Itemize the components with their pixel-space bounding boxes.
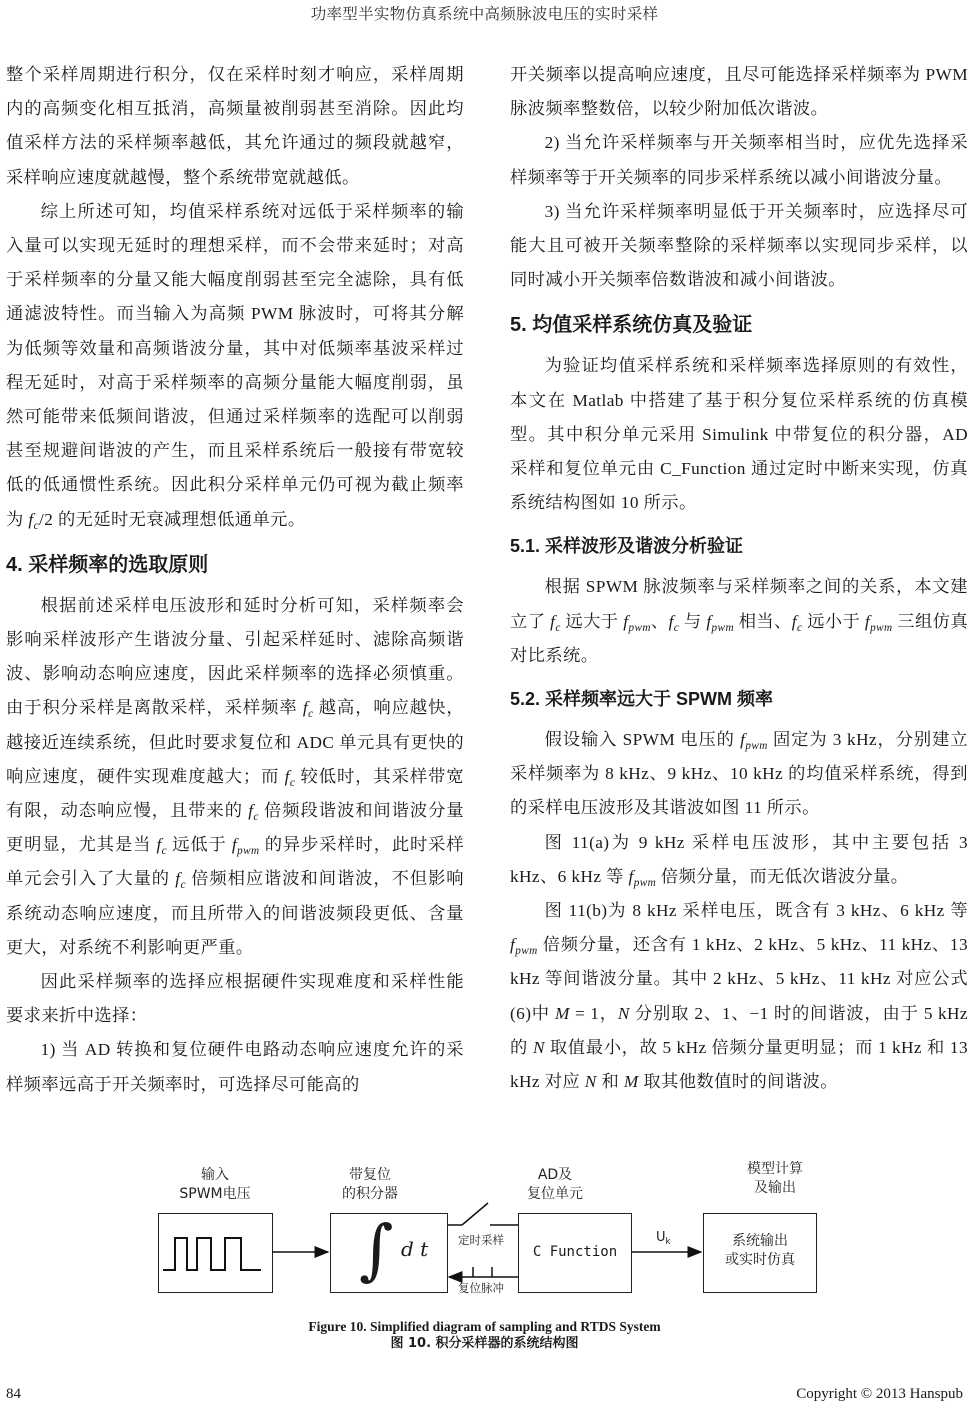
paragraph: 为验证均值采样系统和采样频率选择原则的有效性，本文在 Matlab 中搭建了基于… (510, 349, 968, 520)
copyright: Copyright © 2013 Hanspub (796, 1386, 963, 1403)
running-header: 功率型半实物仿真系统中高频脉波电压的实时采样 (0, 2, 969, 24)
diagram-connectors (150, 1160, 850, 1300)
section-heading-5-2: 5.2. 采样频率远大于 SPWM 频率 (510, 685, 968, 713)
paragraph: 1) 当 AD 转换和复位硬件电路动态响应速度允许的采样频率远高于开关频率时，可… (6, 1033, 464, 1101)
paragraph: 根据 SPWM 脉波频率与采样频率之间的关系，本文建立了 fc 远大于 fpwm… (510, 570, 968, 673)
paragraph: 整个采样周期进行积分，仅在采样时刻才响应，采样周期内的高频变化相互抵消，高频量被… (6, 58, 464, 195)
paragraph: 综上所述可知，均值采样系统对远低于采样频率的输入量可以实现无延时的理想采样，而不… (6, 195, 464, 537)
reset-pulse-label: 复位脉冲 (458, 1280, 504, 1296)
paragraph: 图 11(b)为 8 kHz 采样电压，既含有 3 kHz、6 kHz 等 fp… (510, 894, 968, 1099)
paragraph: 因此采样频率的选择应根据硬件实现难度和采样性能要求来折中选择： (6, 965, 464, 1033)
figure-caption-en: Figure 10. Simplified diagram of samplin… (0, 1318, 969, 1335)
uk-signal-label: Uk (656, 1230, 670, 1245)
timed-sampling-label: 定时采样 (458, 1232, 504, 1248)
section-heading-5: 5. 均值采样系统仿真及验证 (510, 311, 968, 339)
left-column: 整个采样周期进行积分，仅在采样时刻才响应，采样周期内的高频变化相互抵消，高频量被… (6, 58, 464, 1102)
paragraph: 3) 当允许采样频率明显低于开关频率时，应选择尽可能大且可被开关频率整除的采样频… (510, 195, 968, 298)
figure-caption: Figure 10. Simplified diagram of samplin… (0, 1318, 969, 1352)
paragraph: 开关频率以提高响应速度，且尽可能选择采样频率为 PWM 脉波频率整数倍，以较少附… (510, 58, 968, 126)
page-number: 84 (6, 1386, 21, 1403)
paragraph: 假设输入 SPWM 电压的 fpwm 固定为 3 kHz，分别建立采样频率为 8… (510, 723, 968, 826)
section-heading-5-1: 5.1. 采样波形及谐波分析验证 (510, 532, 968, 560)
figure-caption-cn: 图 10. 积分采样器的系统结构图 (0, 1335, 969, 1352)
right-column: 开关频率以提高响应速度，且尽可能选择采样频率为 PWM 脉波频率整数倍，以较少附… (510, 58, 968, 1099)
paragraph: 2) 当允许采样频率与开关频率相当时，应优先选择采样频率等于开关频率的同步采样系… (510, 126, 968, 194)
figure-10-diagram: 输入SPWM电压 带复位的积分器 AD及复位单元 模型计算及输出 ∫ d t C… (150, 1160, 850, 1300)
section-heading-4: 4. 采样频率的选取原则 (6, 551, 464, 579)
paragraph: 图 11(a)为 9 kHz 采样电压波形，其中主要包括 3 kHz、6 kHz… (510, 826, 968, 894)
paragraph: 根据前述采样电压波形和延时分析可知，采样频率会影响采样波形产生谐波分量、引起采样… (6, 589, 464, 965)
